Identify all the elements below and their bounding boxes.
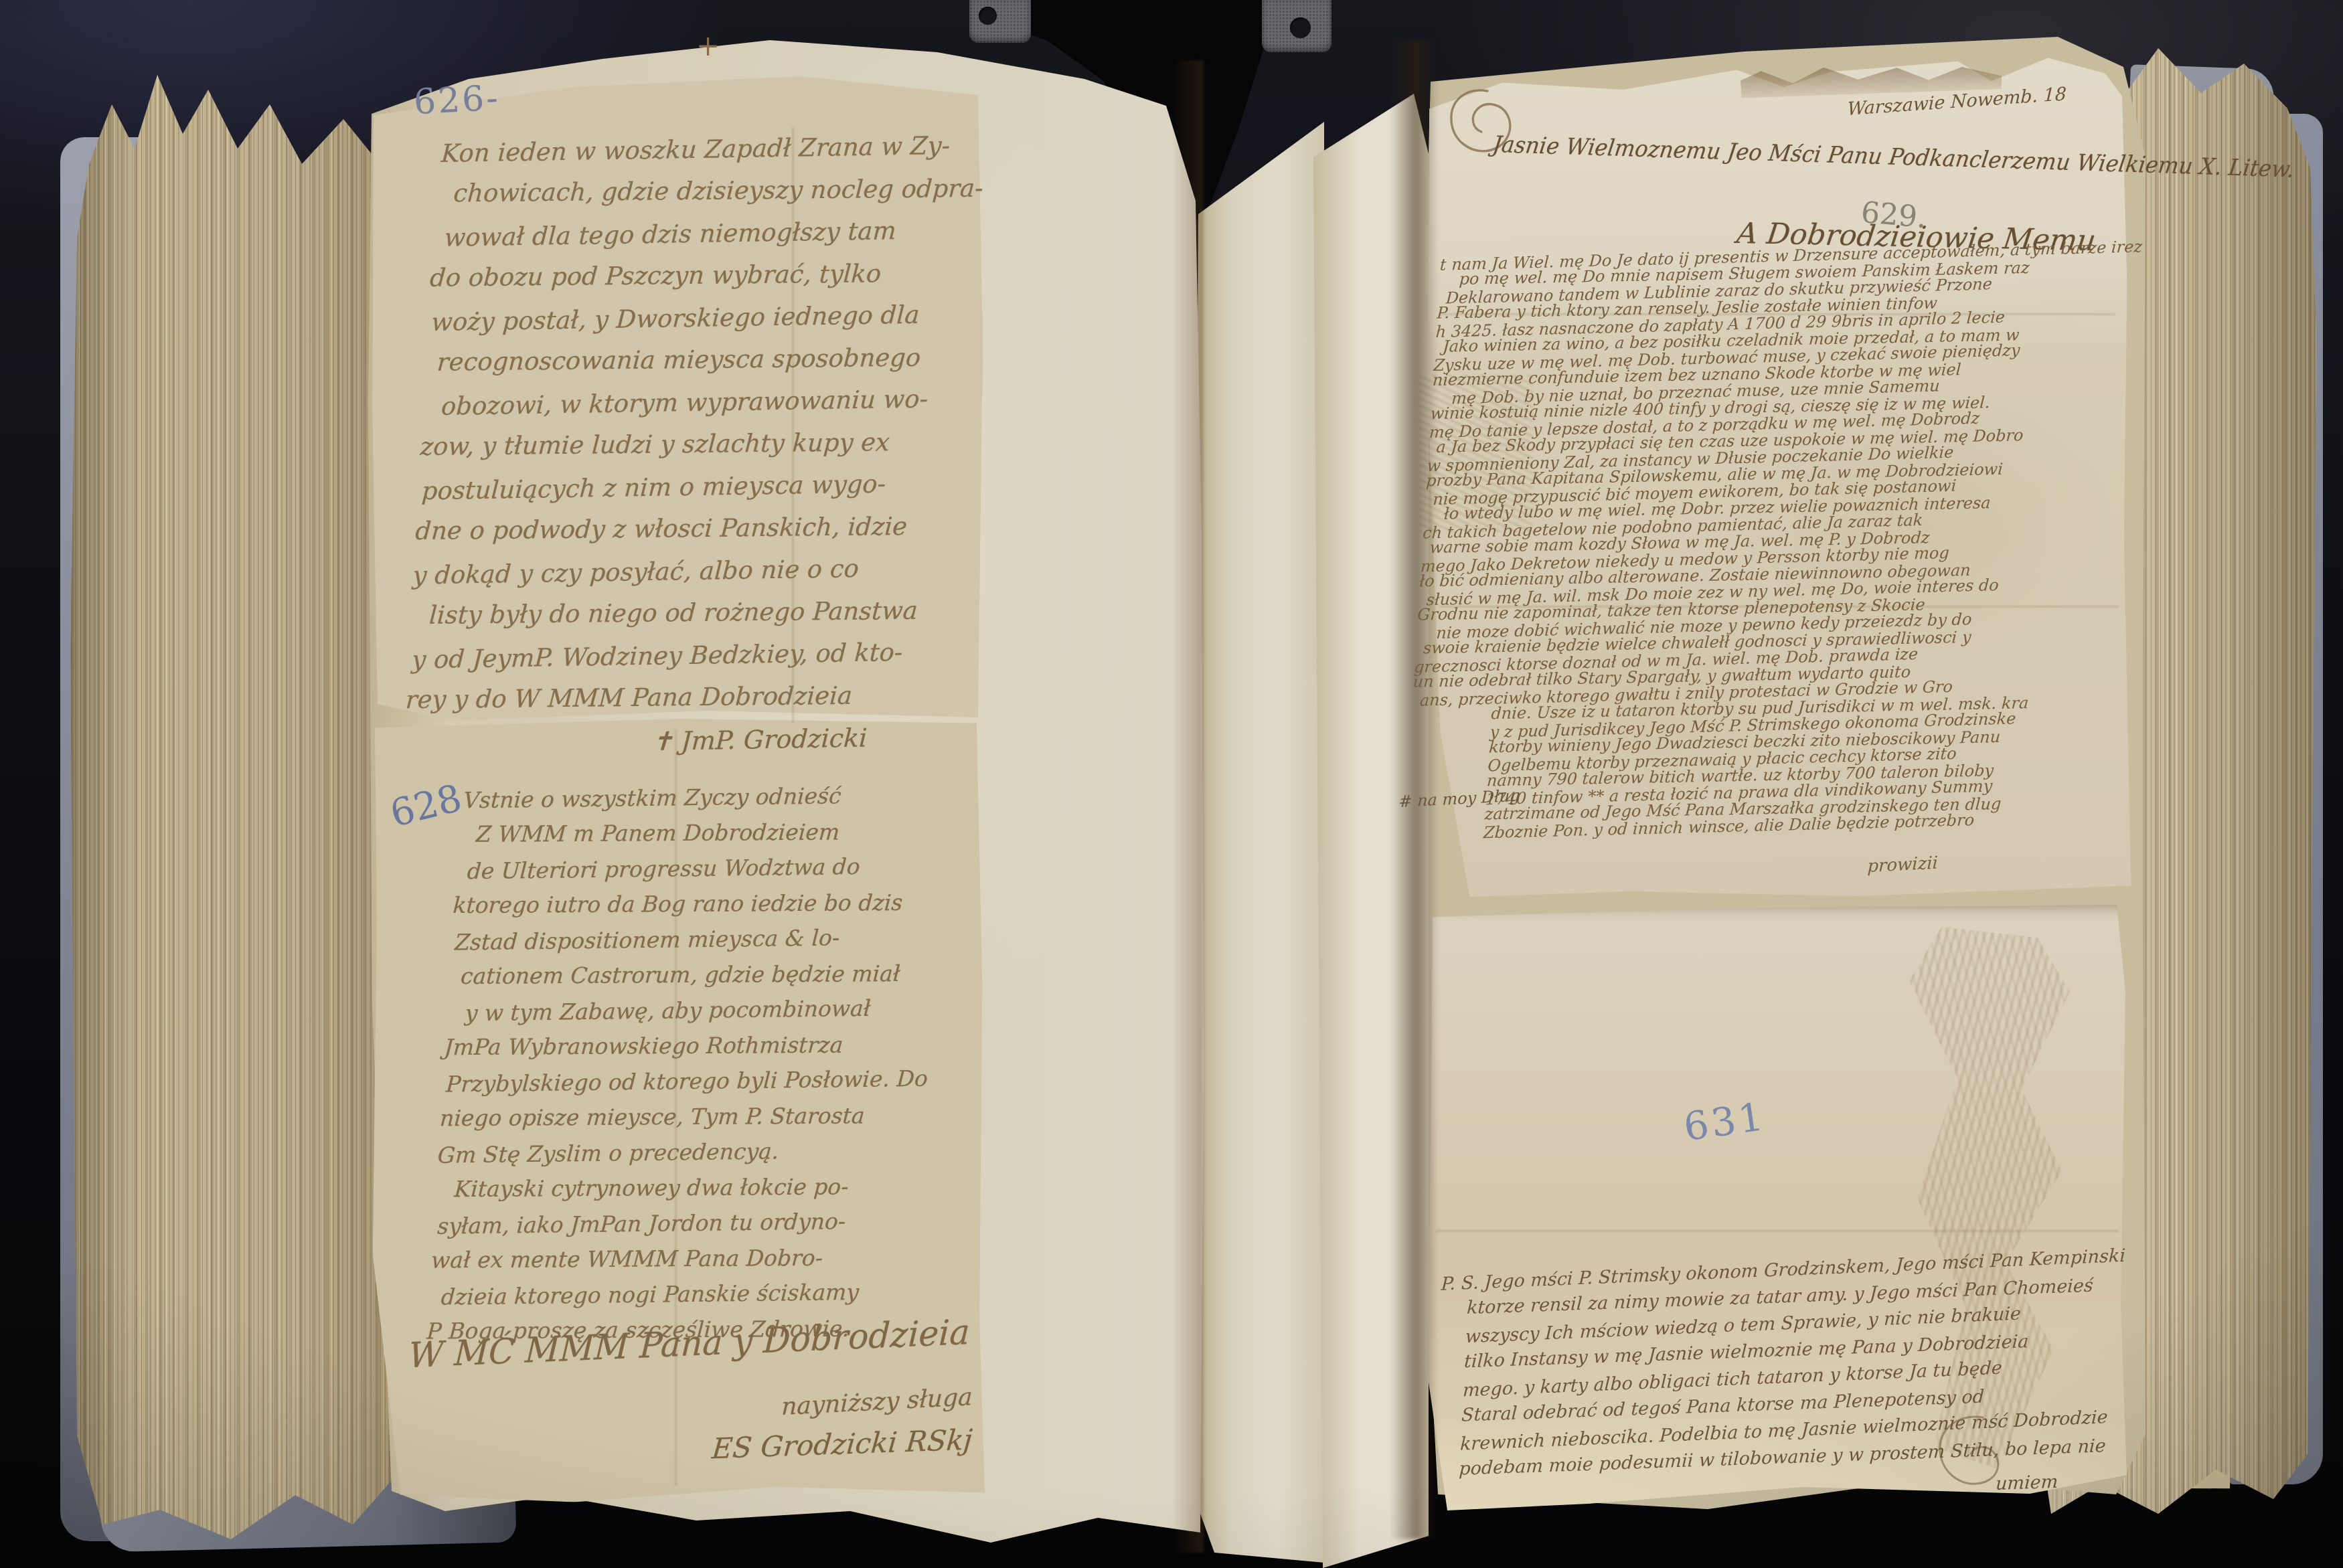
manuscript-line: Gm Stę Zyslim o precedencyą.	[436, 1131, 954, 1172]
clamp-hole-icon	[1290, 17, 1311, 38]
page-edges-left-stack	[70, 60, 392, 1539]
manuscript-line: de Ulteriori progressu Wodztwa do	[466, 847, 971, 889]
manuscript-line: rey y do W MMM Pana Dobrodzieia	[404, 672, 1147, 721]
cradle-clamp-right	[1262, 0, 1331, 52]
manuscript-line: Kitayski cytrynowey dwa łokcie po-	[453, 1168, 952, 1207]
archival-manuscript-photo: + 626- Kon ieden w woszku Zapadł Zrana w…	[0, 0, 2343, 1568]
manuscript-line: Vstnie o wszystkim Zyczy odnieść	[463, 776, 976, 818]
manuscript-line: dzieia ktorego nogi Panskie ściskamy	[440, 1273, 945, 1314]
manuscript-line: niego opisze mieysce, Tym P. Starosta	[439, 1098, 957, 1136]
letter2-heading: ✝ JmP. Grodzicki	[651, 723, 868, 756]
page-number-626: 626-	[413, 78, 501, 123]
manuscript-line: Przybylskiego od ktorego byli Posłowie. …	[445, 1060, 959, 1102]
letter-body-text-block: t nam Ja Wiel. mę Do Je dato ij presenti…	[1402, 240, 2126, 843]
manuscript-line: JmPa Wybranowskiego Rothmistrza	[443, 1027, 961, 1065]
manuscript-line: y w tym Zabawę, aby pocombinował	[464, 989, 963, 1031]
postscript-signoff: umiem	[1995, 1472, 2058, 1494]
letter1-text-block: Kon ieden w woszku Zapadł Zrana w Zy-cho…	[404, 122, 1178, 722]
page-number-629: 629.	[1860, 195, 1928, 235]
cradle-clamp-left	[969, 0, 1031, 43]
letter2-text-block: Vstnie o wszystkim Zyczy odnieśćZ WMM m …	[426, 777, 976, 1349]
manuscript-line: ktorego iutro da Bog rano iedzie bo dzis	[452, 884, 969, 923]
manuscript-line: syłam, iako JmPan Jordon tu ordyno-	[436, 1202, 950, 1243]
postscript-text-block: P. S. Jego mści P. Strimsky okonom Grodz…	[1427, 1243, 2130, 1485]
center-blank-leaf-fold	[1190, 80, 1324, 1563]
letter2-heading-label: JmP. Grodzicki	[681, 723, 868, 756]
footer-note: prowizii	[1867, 853, 1939, 877]
manuscript-line: Z WMM m Panem Dobrodzieiem	[475, 813, 974, 852]
clamp-hole-icon	[979, 7, 997, 25]
heading-cross-icon: ✝	[651, 726, 674, 756]
manuscript-line: Zstad dispositionem mieysca & lo-	[454, 918, 967, 960]
manuscript-line: cationem Castrorum, gdzie będzie miał	[460, 955, 965, 994]
cross-mark: +	[696, 29, 720, 62]
manuscript-line: wał ex mente WMMM Pana Dobro-	[430, 1239, 948, 1278]
